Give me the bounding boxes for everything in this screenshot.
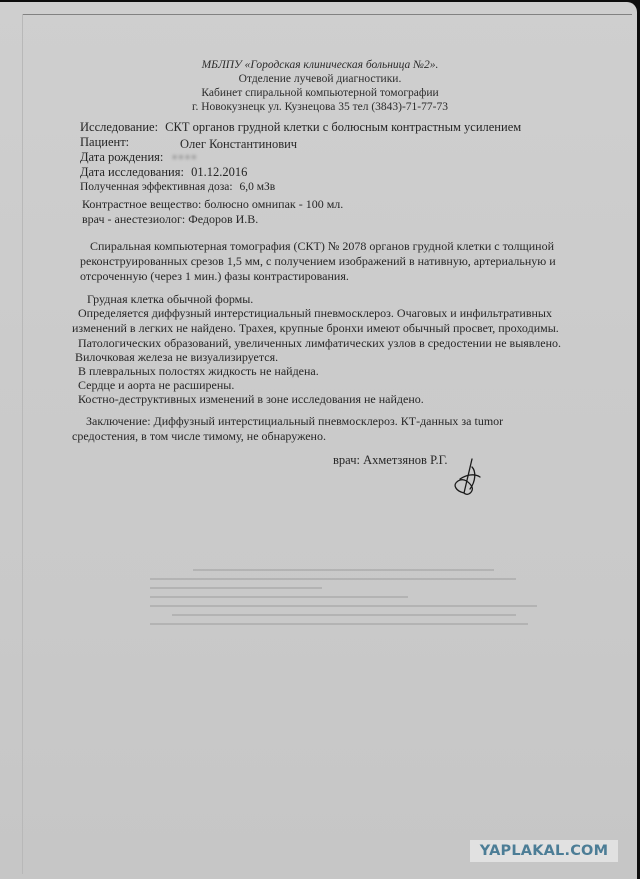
patient-label: Пациент:: [80, 135, 129, 149]
finding-5: В плевральных полостях жидкость не найде…: [78, 364, 319, 379]
patient-field: Пациент:: [80, 135, 129, 150]
finding-1: Грудная клетка обычной формы.: [87, 292, 253, 307]
conclusion: Заключение: Диффузный интерстициальный п…: [72, 414, 572, 444]
contrast-agent: Контрастное вещество: болюсно омнипак - …: [82, 197, 343, 212]
study-label: Исследование:: [80, 120, 158, 134]
bleed-through-text: [150, 562, 580, 712]
document-header: МБЛПУ «Городская клиническая больница №2…: [0, 58, 640, 114]
handwritten-signature-icon: [450, 457, 490, 499]
page-fold-line: [22, 14, 632, 15]
finding-6: Сердце и аорта не расширены.: [78, 378, 234, 393]
dose-value: 6,0 мЗв: [239, 181, 275, 193]
page-edge: [22, 14, 23, 874]
address: г. Новокузнецк ул. Кузнецова 35 тел (384…: [0, 100, 640, 114]
study-value: СКТ органов грудной клетки с болюсным ко…: [165, 120, 521, 134]
anesthesiologist: врач - анестезиолог: Федоров И.В.: [82, 212, 258, 227]
study-date-field: Дата исследования: 01.12.2016: [80, 165, 247, 180]
study-field: Исследование: СКТ органов грудной клетки…: [80, 120, 521, 135]
birthdate-label: Дата рождения:: [80, 150, 163, 164]
dose-label: Полученная эффективная доза:: [80, 181, 233, 193]
office-name: Кабинет спиральной компьютерной томограф…: [0, 86, 640, 100]
finding-7: Костно-деструктивных изменений в зоне ис…: [78, 392, 424, 407]
organization-name: МБЛПУ «Городская клиническая больница №2…: [0, 58, 640, 72]
department-name: Отделение лучевой диагностики.: [0, 72, 640, 86]
dose-field: Полученная эффективная доза: 6,0 мЗв: [80, 181, 275, 193]
birthdate-field: Дата рождения: ▪▪▪▪: [80, 150, 198, 165]
birthdate-value-redacted: ▪▪▪▪: [173, 150, 199, 164]
doctor-signature-line: врач: Ахметзянов Р.Г.: [333, 453, 448, 468]
study-date-label: Дата исследования:: [80, 165, 184, 179]
protocol-description: Спиральная компьютерная томография (СКТ)…: [80, 239, 560, 284]
scanned-document-page: МБЛПУ «Городская клиническая больница №2…: [0, 2, 637, 879]
finding-2: Определяется диффузный интерстициальный …: [72, 306, 562, 336]
finding-3: Патологических образований, увеличенных …: [78, 336, 561, 351]
finding-4: Вилочковая железа не визуализируется.: [75, 350, 278, 365]
watermark-logo: YAPLAKAL.COM: [470, 840, 618, 862]
study-date-value: 01.12.2016: [191, 165, 247, 179]
